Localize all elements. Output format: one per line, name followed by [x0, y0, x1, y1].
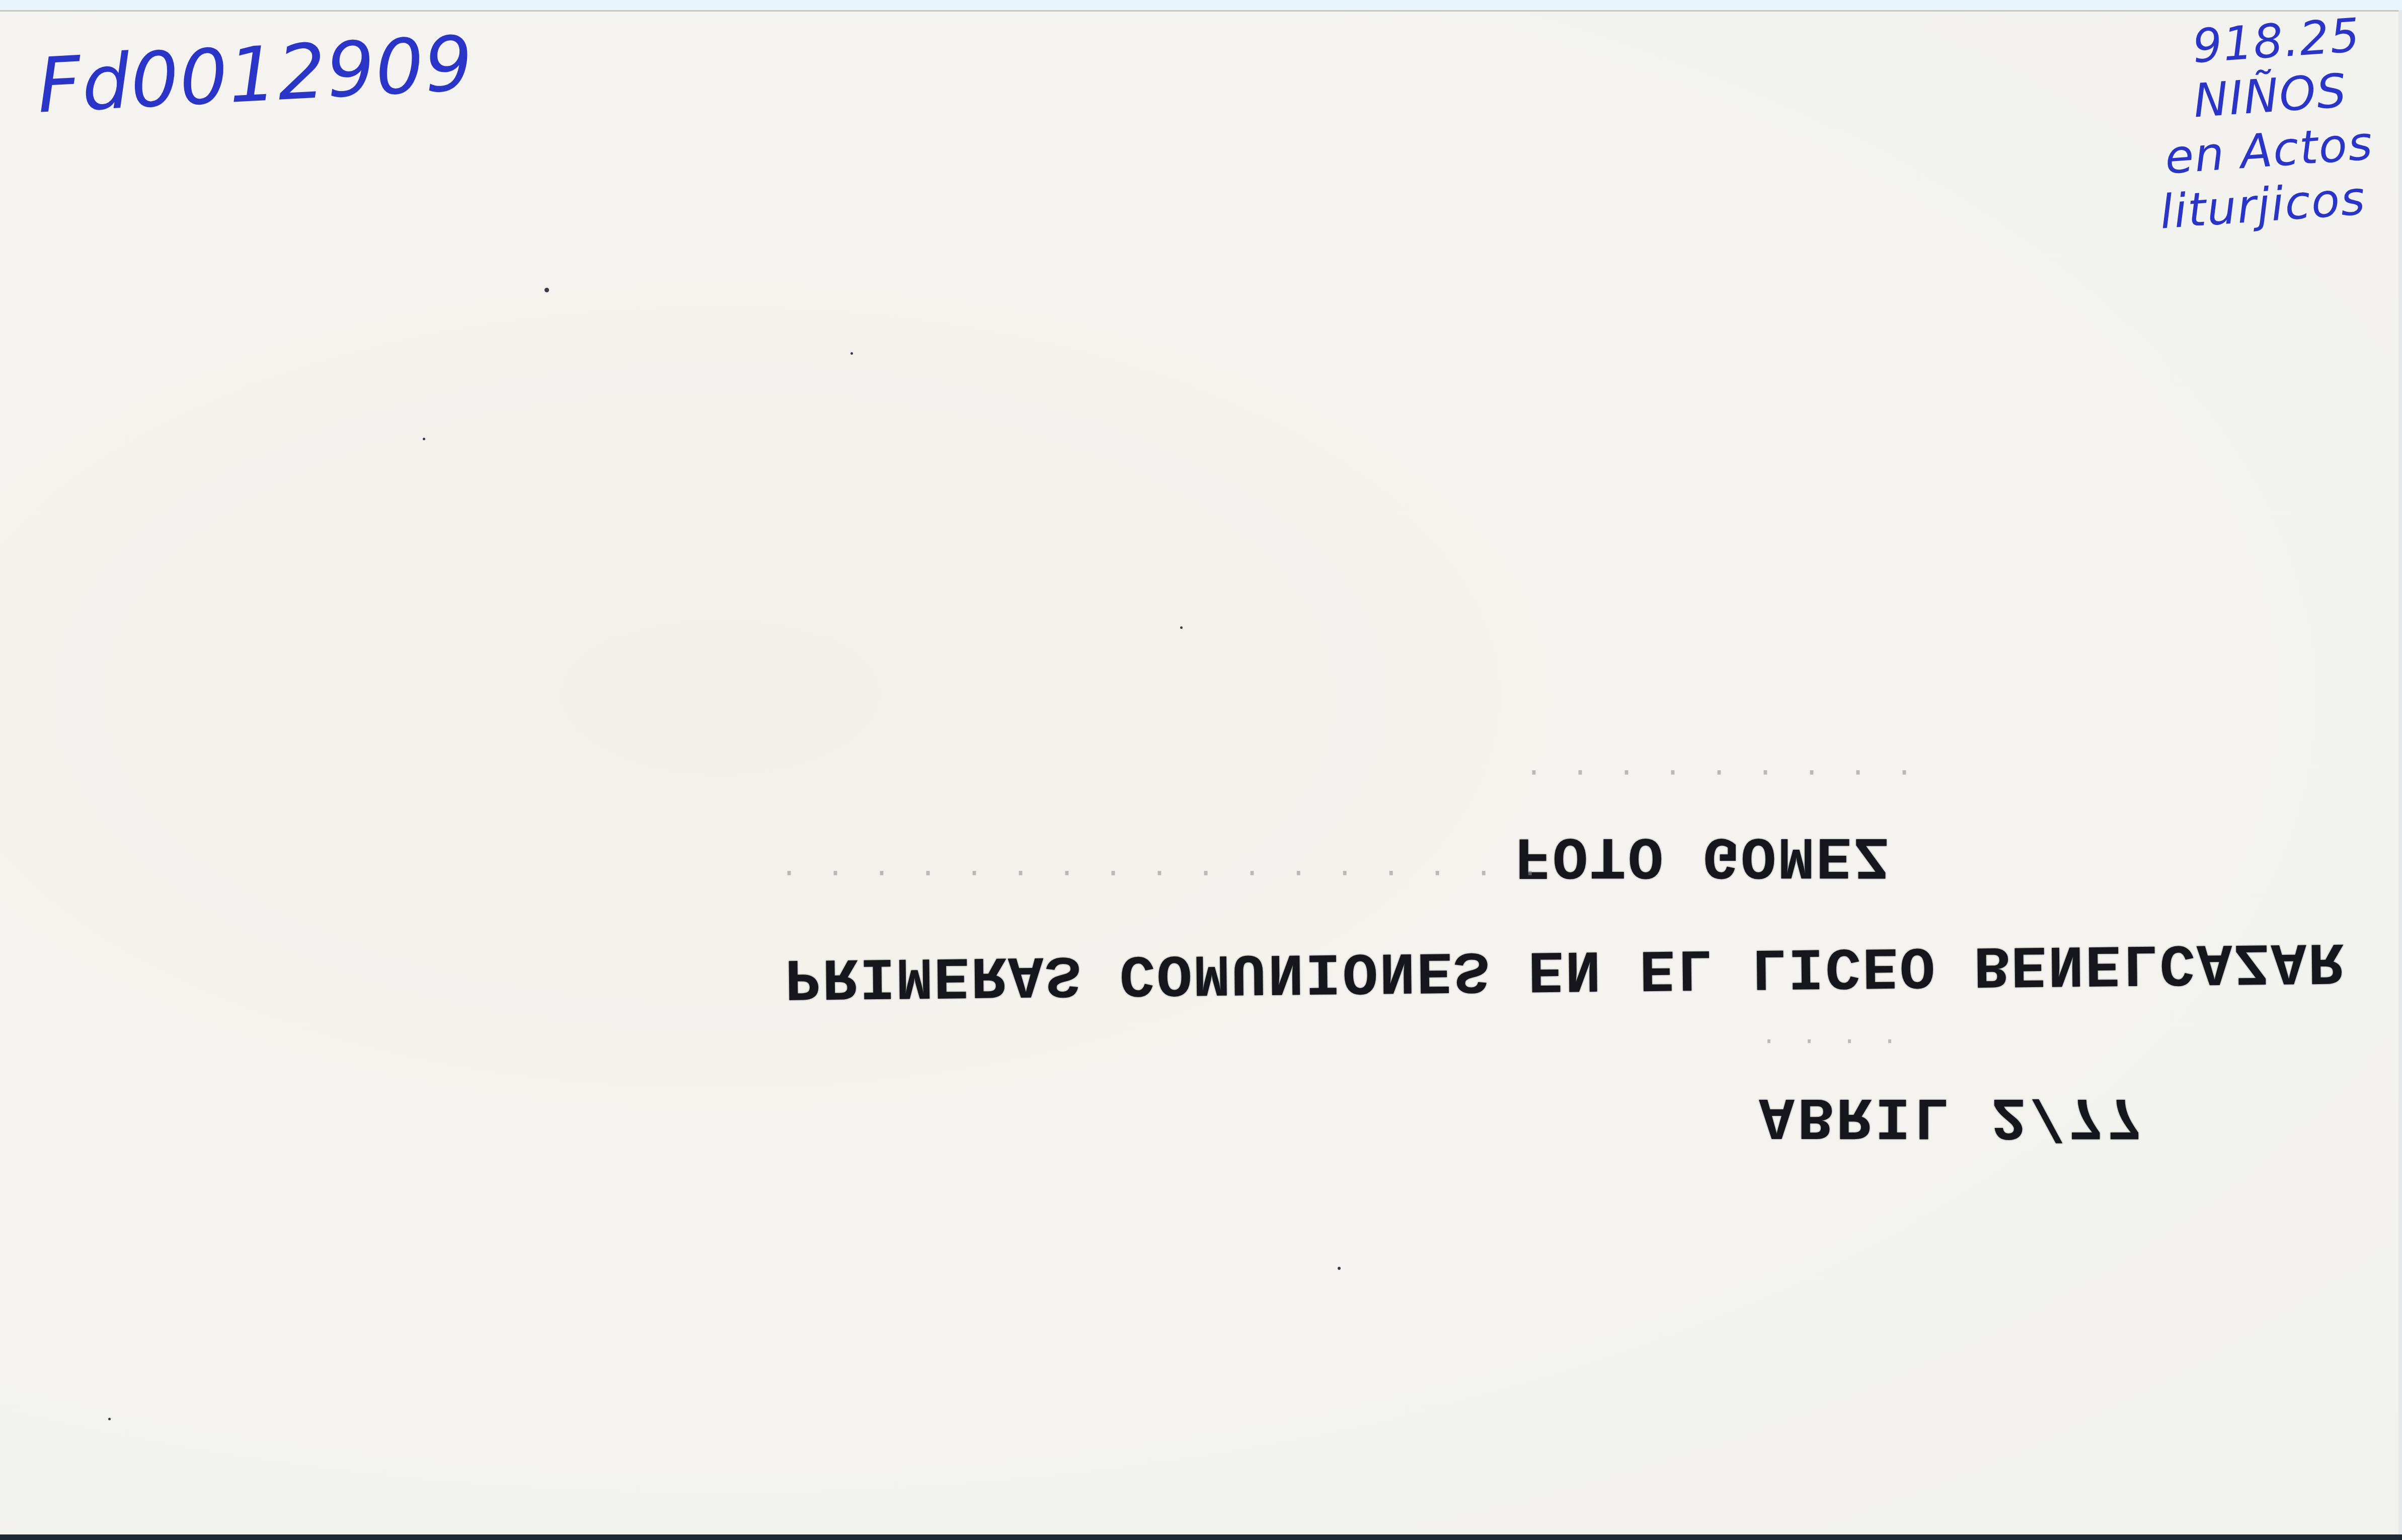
faint-impression-text: · · · · · · · · · · · · · · · · · — [780, 855, 1544, 889]
photo-back-card — [0, 10, 2399, 1534]
scanner-bed-bottom — [0, 1534, 2402, 1540]
paper-speck — [545, 288, 549, 292]
date-typed: ABRIL 2/77 — [1759, 1082, 2145, 1149]
paper-speck — [1180, 626, 1183, 629]
photo-credit-typed: FOTO GOMEZ — [1515, 821, 1891, 888]
paper-speck — [423, 438, 425, 440]
faint-impression-text: · · · · · · · · · — [1525, 755, 1918, 789]
classification-note-handwritten: 918.25 NIÑOS en Actos liturjicos — [2139, 7, 2395, 240]
paper-speck — [850, 352, 853, 355]
faint-impression-text: · · · · — [1761, 1026, 1902, 1055]
paper-speck — [108, 1418, 111, 1420]
scanner-bed-top — [0, 0, 2402, 10]
paper-speck — [1338, 1267, 1341, 1270]
scanner-bed-right — [2398, 10, 2402, 1534]
